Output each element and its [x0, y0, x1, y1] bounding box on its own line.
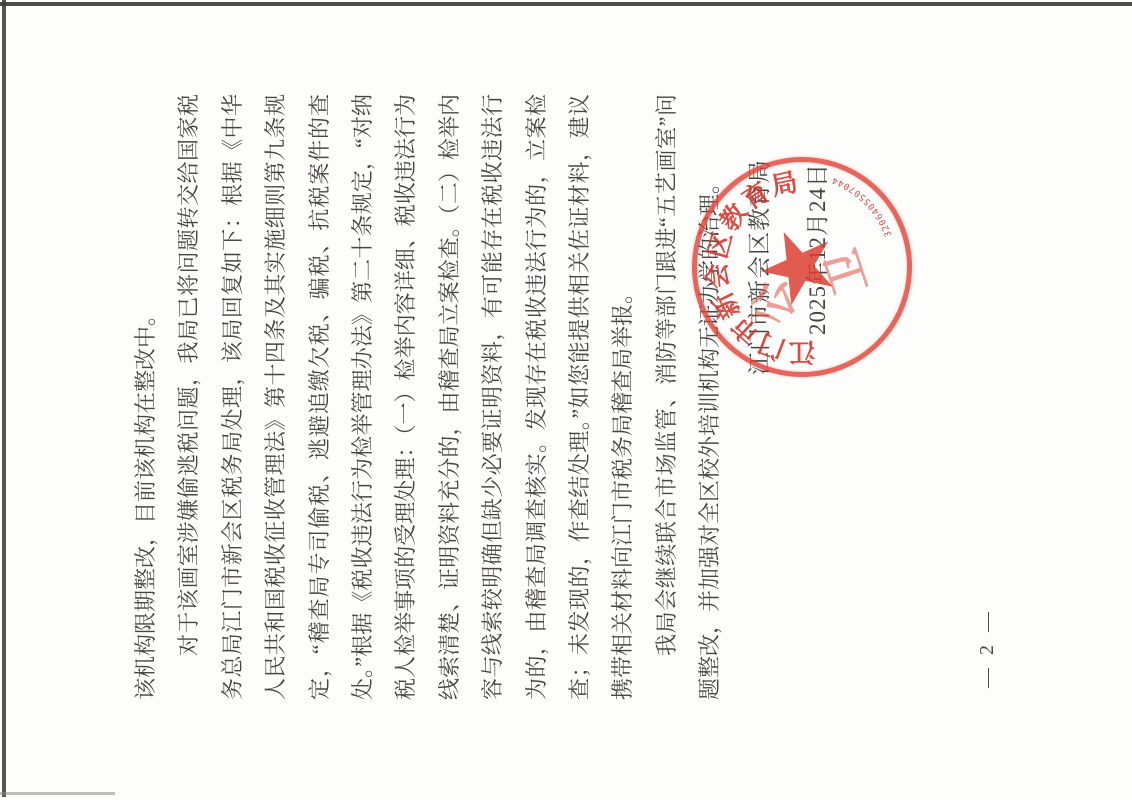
official-seal: 江门市新会区教育局 ★ 4407055046023 公 卫	[681, 146, 923, 388]
scan-edge-top	[0, 2, 1132, 6]
paragraph-continuation: 该机构限期整改，目前该机构在整改中。	[124, 94, 167, 700]
paragraph-tax-reply: 对于该画室涉嫌偷逃税问题，我局已将问题转交给国家税务总局江门市新会区税务局处理，…	[167, 94, 644, 700]
scanned-document: 该机构限期整改，目前该机构在整改中。 对于该画室涉嫌偷逃税问题，我局已将问题转交…	[0, 0, 1132, 800]
page-number: — 2 —	[976, 608, 999, 688]
document-body: 该机构限期整改，目前该机构在整改中。 对于该画室涉嫌偷逃税问题，我局已将问题转交…	[124, 94, 732, 700]
scan-edge-left	[2, 0, 6, 797]
document-page: 该机构限期整改，目前该机构在整改中。 对于该画室涉嫌偷逃税问题，我局已将问题转交…	[0, 0, 1132, 800]
scan-edge-bottom	[0, 792, 115, 795]
